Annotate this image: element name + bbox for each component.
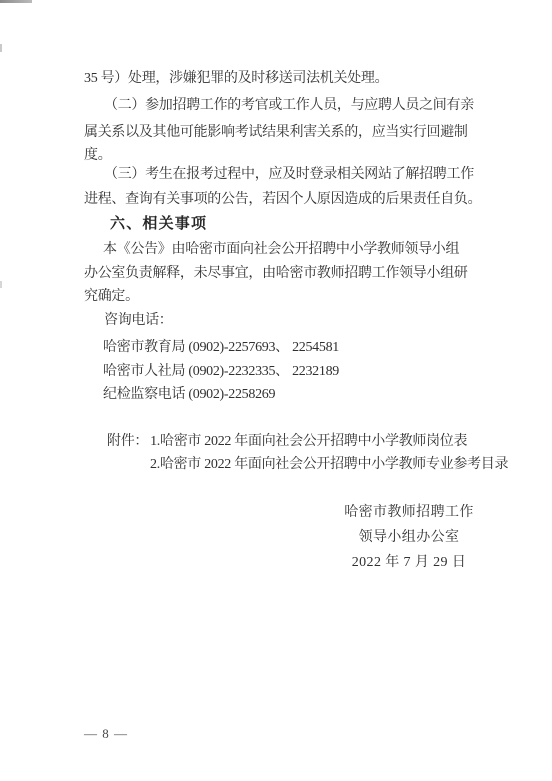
signature-date: 2022 年 7 月 29 日 [328, 555, 490, 571]
body-line: 办公室负责解释，未尽事宜，由哈密市教师招聘工作领导小组研 [84, 266, 468, 282]
contact-phone-heading: 咨询电话： [104, 313, 173, 329]
attachment-item-1: 1.哈密市 2022 年面向社会公开招聘中小学教师岗位表 [150, 434, 467, 449]
scan-artifact-top-left [0, 0, 32, 3]
contact-phone-line: 哈密市教育局 (0902)-2257693、 2254581 [103, 340, 339, 356]
attachment-line: 附件：1.哈密市 2022 年面向社会公开招聘中小学教师岗位表 [107, 434, 467, 450]
contact-phone-line: 纪检监察电话 (0902)-2258269 [103, 387, 275, 403]
body-line: 本《公告》由哈密市面向社会公开招聘中小学教师领导小组 [103, 242, 459, 258]
signature-org-line-2: 领导小组办公室 [328, 530, 490, 546]
scan-artifact-left-edge [0, 44, 2, 52]
signature-block: 哈密市教师招聘工作 领导小组办公室 2022 年 7 月 29 日 [328, 505, 490, 580]
attachment-label: 附件： [107, 434, 148, 449]
body-line: 度。 [84, 148, 111, 164]
body-line: （二）参加招聘工作的考官或工作人员，与应聘人员之间有亲 [104, 98, 474, 114]
body-line: 究确定。 [84, 289, 139, 305]
body-line: 35 号）处理，涉嫌犯罪的及时移送司法机关处理。 [84, 71, 388, 87]
scanned-document-page: 35 号）处理，涉嫌犯罪的及时移送司法机关处理。 （二）参加招聘工作的考官或工作… [0, 0, 552, 781]
attachment-item-2: 2.哈密市 2022 年面向社会公开招聘中小学教师专业参考目录 [150, 457, 508, 473]
contact-phone-line: 哈密市人社局 (0902)-2232335、 2232189 [103, 364, 339, 380]
body-line: 进程、查询有关事项的公告，若因个人原因造成的后果责任自负。 [84, 192, 481, 208]
body-line: （三）考生在报考过程中，应及时登录相关网站了解招聘工作 [104, 167, 474, 183]
scan-artifact-left-edge [0, 281, 2, 288]
page-number: — 8 — [84, 726, 128, 742]
signature-org-line-1: 哈密市教师招聘工作 [328, 505, 490, 521]
section-heading: 六、相关事项 [110, 216, 207, 232]
body-line: 属关系以及其他可能影响考试结果利害关系的，应当实行回避制 [84, 125, 468, 141]
